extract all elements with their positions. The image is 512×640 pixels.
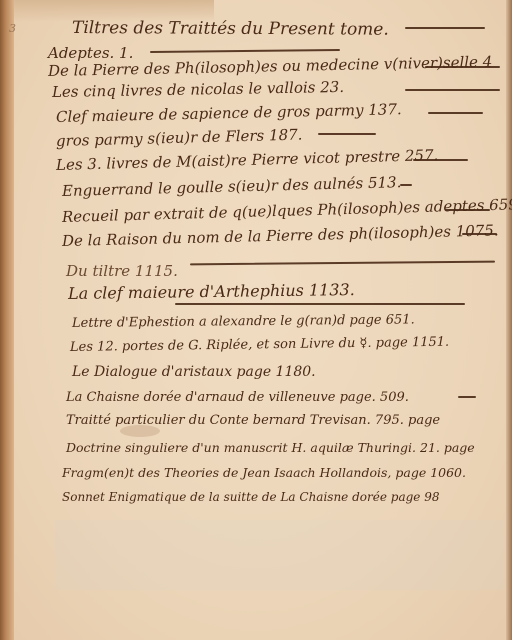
rule — [318, 133, 376, 135]
blank-area — [55, 520, 505, 590]
entry: Recueil par extrait de q(ue)lques Ph(ilo… — [62, 195, 512, 226]
rule — [428, 112, 483, 114]
rule — [405, 89, 500, 91]
entry: Les 12. portes de G. Riplée, et son Livr… — [70, 335, 449, 355]
entry: La Chaisne dorée d'arnaud de villeneuve … — [66, 390, 409, 405]
rule — [175, 303, 465, 305]
rule — [445, 209, 490, 211]
entry: Les 3. livres de M(aist)re Pierre vicot … — [56, 146, 439, 174]
rule — [425, 66, 500, 68]
entry: Traitté particulier du Conte bernard Tre… — [66, 413, 440, 428]
rule — [458, 396, 476, 398]
entry: Sonnet Enigmatique de la suitte de La Ch… — [62, 490, 439, 504]
entry: Adeptes. 1. — [48, 44, 133, 62]
manuscript-page: 3 Tiltres des Traittés du Present tome. … — [0, 0, 512, 640]
rule — [150, 49, 340, 53]
rule — [413, 159, 468, 161]
rule — [462, 233, 497, 235]
rule — [400, 184, 412, 186]
entry: Les cinq livres de nicolas le vallois 23… — [52, 78, 344, 101]
binding-edge — [0, 0, 14, 640]
folio-number: 3 — [9, 22, 16, 35]
entry: Enguerrand le goulle s(ieu)r des aulnés … — [62, 173, 402, 200]
entry: De la Raison du nom de la Pierre des ph(… — [62, 221, 499, 250]
rule — [405, 27, 485, 29]
entry: Doctrine singuliere d'un manuscrit H. aq… — [66, 440, 475, 455]
entry: gros parmy s(ieu)r de Flers 187. — [56, 126, 303, 150]
rule — [190, 261, 495, 266]
entry: Lettre d'Ephestion a alexandre le g(ran)… — [72, 312, 415, 331]
entry: Fragm(en)t des Theories de Jean Isaach H… — [62, 465, 466, 480]
entry: Du tiltre 1115. — [66, 262, 178, 280]
entry: Le Dialogue d'aristaux page 1180. — [72, 364, 316, 380]
page-edge — [506, 0, 512, 640]
entry: Clef maieure de sapience de gros parmy 1… — [56, 100, 402, 126]
page-title: Tiltres des Traittés du Present tome. — [72, 18, 389, 40]
entry: La clef maieure d'Arthephius 1133. — [68, 280, 355, 303]
